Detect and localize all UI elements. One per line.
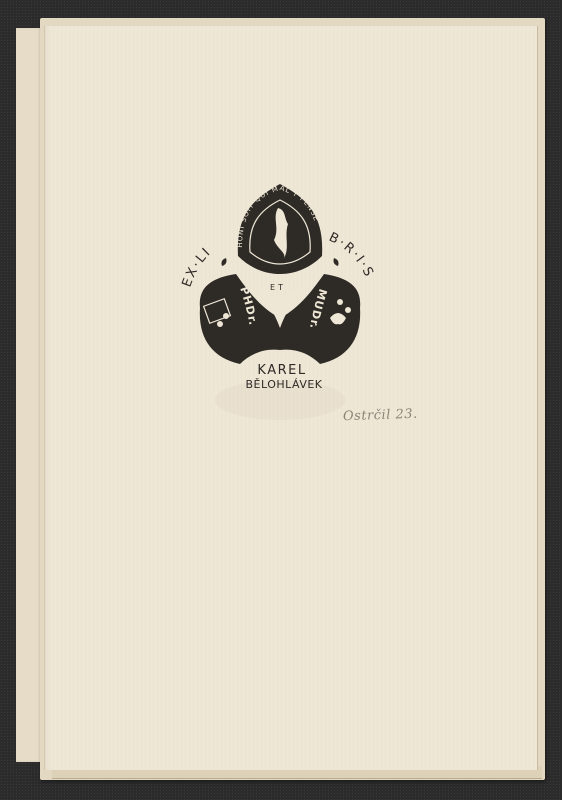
pencil-annotation: Ostrčil 23. — [343, 407, 418, 425]
ex-libris-right-text: B·R·I·S — [326, 230, 376, 281]
et-text: ET — [270, 283, 286, 292]
svg-text:B·R·I·S: B·R·I·S — [326, 230, 376, 281]
owner-last-name: BĚLOHLÁVEK — [245, 378, 322, 391]
svg-text:EX·LI: EX·LI — [180, 244, 215, 289]
monogram: W — [285, 333, 291, 340]
ex-libris-bookplate: HONI SOIT QUI MAL Y PENSE EX·LI B·R·I·S … — [180, 178, 380, 398]
leaf-icon — [334, 258, 339, 266]
owner-first-name: KAREL — [257, 363, 306, 378]
flower-icon — [337, 299, 343, 305]
leaf-icon — [222, 258, 227, 266]
ex-libris-left-text: EX·LI — [180, 244, 215, 289]
